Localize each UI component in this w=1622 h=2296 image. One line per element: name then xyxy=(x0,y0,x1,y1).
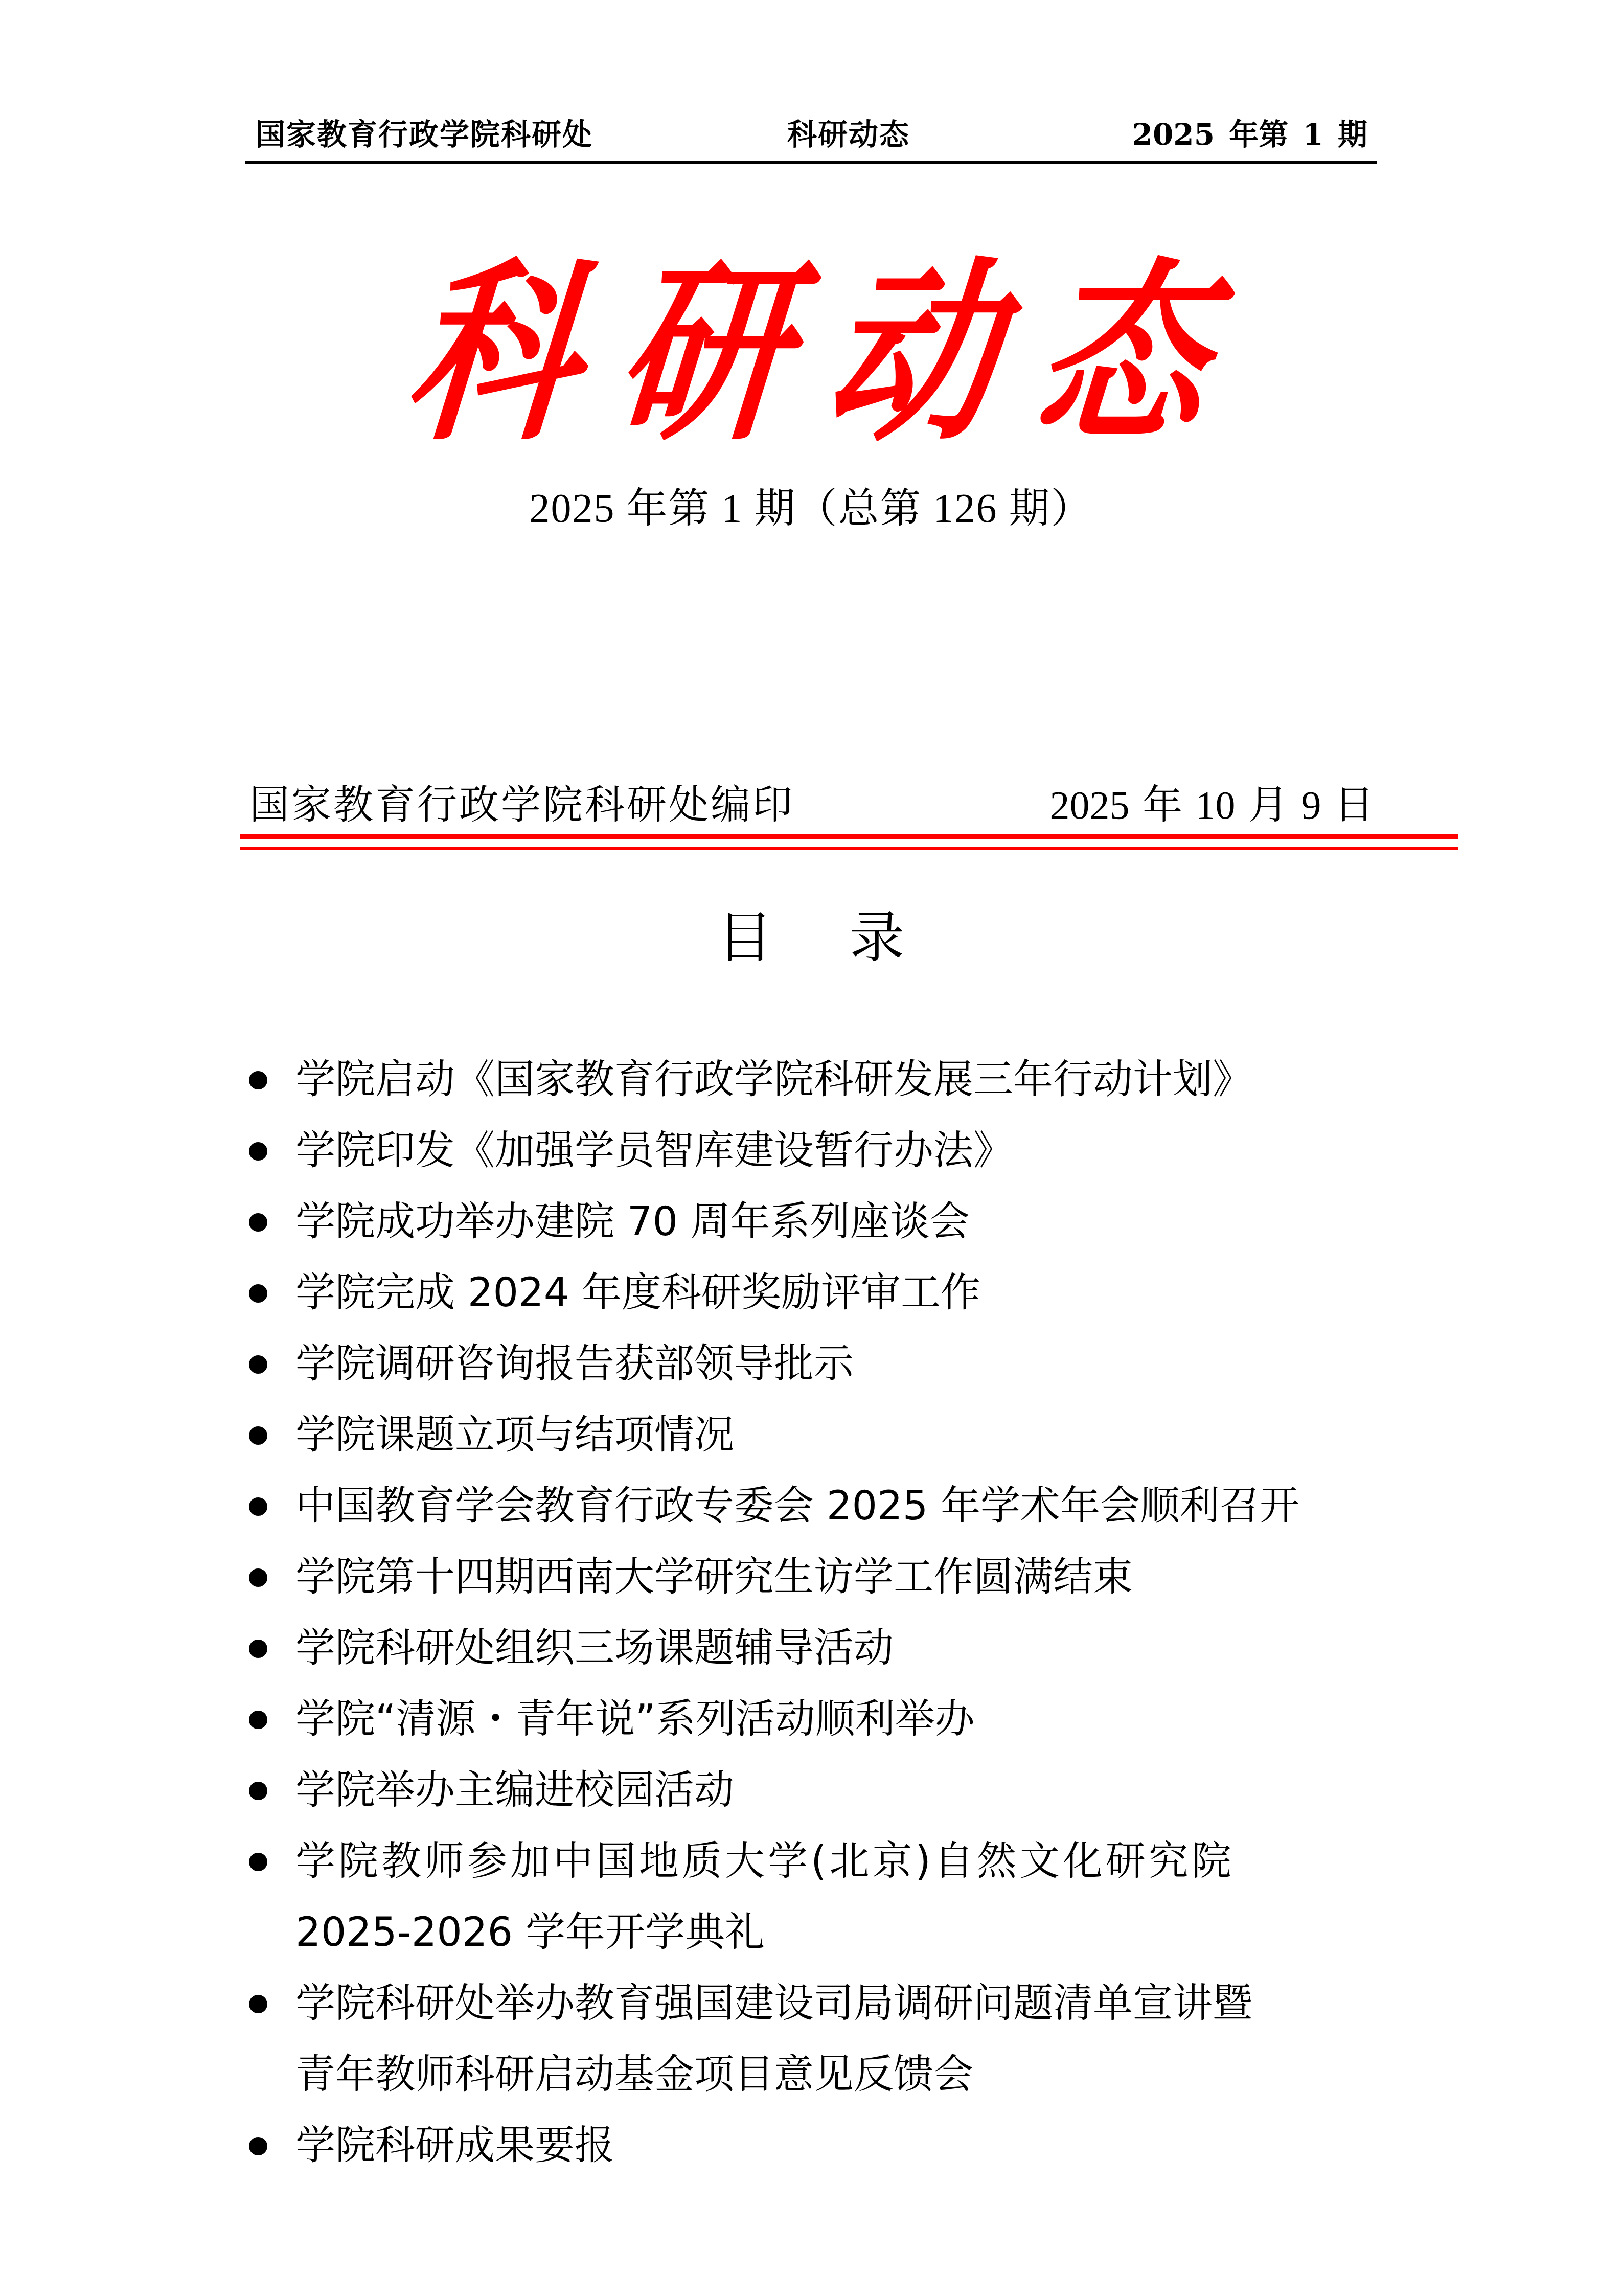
toc-item[interactable]: 学院科研成果要报 xyxy=(245,2110,1385,2181)
publisher-row: 国家教育行政学院科研处编印 2025 年 10 月 9 日 xyxy=(249,780,1374,831)
toc-list: 学院启动《国家教育行政学院科研发展三年行动计划》 学院印发《加强学员智库建设暂行… xyxy=(245,1044,1385,2181)
toc-item[interactable]: 学院举办主编进校园活动 xyxy=(245,1755,1385,1826)
bullet-icon xyxy=(249,1071,267,1089)
toc-item[interactable]: 学院第十四期西南大学研究生访学工作圆满结束 xyxy=(245,1542,1385,1613)
toc-item[interactable]: 学院科研处举办教育强国建设司局调研问题清单宣讲暨 青年教师科研启动基金项目意见反… xyxy=(245,1968,1385,2110)
toc-item-text: 学院调研咨询报告获部领导批示 xyxy=(295,1329,1385,1400)
bullet-icon xyxy=(249,1995,267,2013)
toc-item-text-continuation: 2025-2026 学年开学典礼 xyxy=(295,1897,1385,1968)
bullet-icon xyxy=(249,1497,267,1516)
toc-item[interactable]: 学院启动《国家教育行政学院科研发展三年行动计划》 xyxy=(245,1044,1385,1116)
publication-date: 2025 年 10 月 9 日 xyxy=(1049,780,1374,831)
toc-item-text: 学院科研处举办教育强国建设司局调研问题清单宣讲暨 xyxy=(295,1968,1385,2039)
masthead-char: 动 xyxy=(817,235,1008,470)
toc-item-text: 中国教育学会教育行政专委会 2025 年学术年会顺利召开 xyxy=(295,1471,1385,1542)
masthead-char: 科 xyxy=(398,235,588,470)
toc-item[interactable]: 学院课题立项与结项情况 xyxy=(245,1400,1385,1471)
toc-item[interactable]: 学院“清源・青年说”系列活动顺利举办 xyxy=(245,1684,1385,1755)
toc-item-text: 学院完成 2024 年度科研奖励评审工作 xyxy=(295,1258,1385,1329)
running-header-issue: 2025 年第 1 期 xyxy=(1132,117,1367,152)
toc-item[interactable]: 学院科研处组织三场课题辅导活动 xyxy=(245,1613,1385,1684)
toc-title-char: 目 xyxy=(717,905,772,971)
publisher-name: 国家教育行政学院科研处编印 xyxy=(249,780,794,831)
red-rule-thick xyxy=(240,834,1458,839)
toc-item[interactable]: 学院教师参加中国地质大学(北京)自然文化研究院 2025-2026 学年开学典礼 xyxy=(245,1826,1385,1968)
header-rule xyxy=(245,161,1377,164)
toc-title: 目录 xyxy=(0,905,1622,971)
issue-number: 2025 年第 1 期（总第 126 期） xyxy=(0,483,1622,534)
bullet-icon xyxy=(249,1568,267,1587)
bullet-icon xyxy=(249,1142,267,1161)
toc-item-text: 学院科研成果要报 xyxy=(295,2110,1385,2181)
bullet-icon xyxy=(249,1640,267,1658)
bullet-icon xyxy=(249,1853,267,1871)
toc-item-text: 学院课题立项与结项情况 xyxy=(295,1400,1385,1471)
toc-item-text: 学院印发《加强学员智库建设暂行办法》 xyxy=(295,1116,1385,1187)
masthead-title: 科 研 动 态 xyxy=(409,251,1206,455)
masthead-char: 态 xyxy=(1027,235,1217,470)
toc-item[interactable]: 学院印发《加强学员智库建设暂行办法》 xyxy=(245,1116,1385,1187)
toc-item-text: 学院举办主编进校园活动 xyxy=(295,1755,1385,1826)
toc-item-text: 学院第十四期西南大学研究生访学工作圆满结束 xyxy=(295,1542,1385,1613)
toc-item[interactable]: 学院调研咨询报告获部领导批示 xyxy=(245,1329,1385,1400)
running-header: 国家教育行政学院科研处 科研动态 2025 年第 1 期 xyxy=(245,117,1377,152)
toc-title-char: 录 xyxy=(850,905,905,971)
toc-item[interactable]: 中国教育学会教育行政专委会 2025 年学术年会顺利召开 xyxy=(245,1471,1385,1542)
toc-item[interactable]: 学院完成 2024 年度科研奖励评审工作 xyxy=(245,1258,1385,1329)
toc-item-text: 学院教师参加中国地质大学(北京)自然文化研究院 xyxy=(295,1826,1385,1897)
bullet-icon xyxy=(249,2137,267,2155)
toc-item-text-continuation: 青年教师科研启动基金项目意见反馈会 xyxy=(295,2039,1385,2110)
red-rule-thin xyxy=(240,847,1458,850)
toc-item-text: 学院启动《国家教育行政学院科研发展三年行动计划》 xyxy=(295,1044,1385,1116)
bullet-icon xyxy=(249,1355,267,1374)
bullet-icon xyxy=(249,1711,267,1729)
bullet-icon xyxy=(249,1284,267,1303)
running-header-organization: 国家教育行政学院科研处 xyxy=(256,117,593,152)
toc-item-text: 学院科研处组织三场课题辅导活动 xyxy=(295,1613,1385,1684)
masthead-char: 研 xyxy=(608,235,798,470)
running-header-publication: 科研动态 xyxy=(787,117,910,152)
bullet-icon xyxy=(249,1426,267,1445)
bullet-icon xyxy=(249,1213,267,1232)
toc-item-text: 学院“清源・青年说”系列活动顺利举办 xyxy=(295,1684,1385,1755)
toc-item[interactable]: 学院成功举办建院 70 周年系列座谈会 xyxy=(245,1187,1385,1258)
toc-item-text: 学院成功举办建院 70 周年系列座谈会 xyxy=(295,1187,1385,1258)
bullet-icon xyxy=(249,1782,267,1800)
